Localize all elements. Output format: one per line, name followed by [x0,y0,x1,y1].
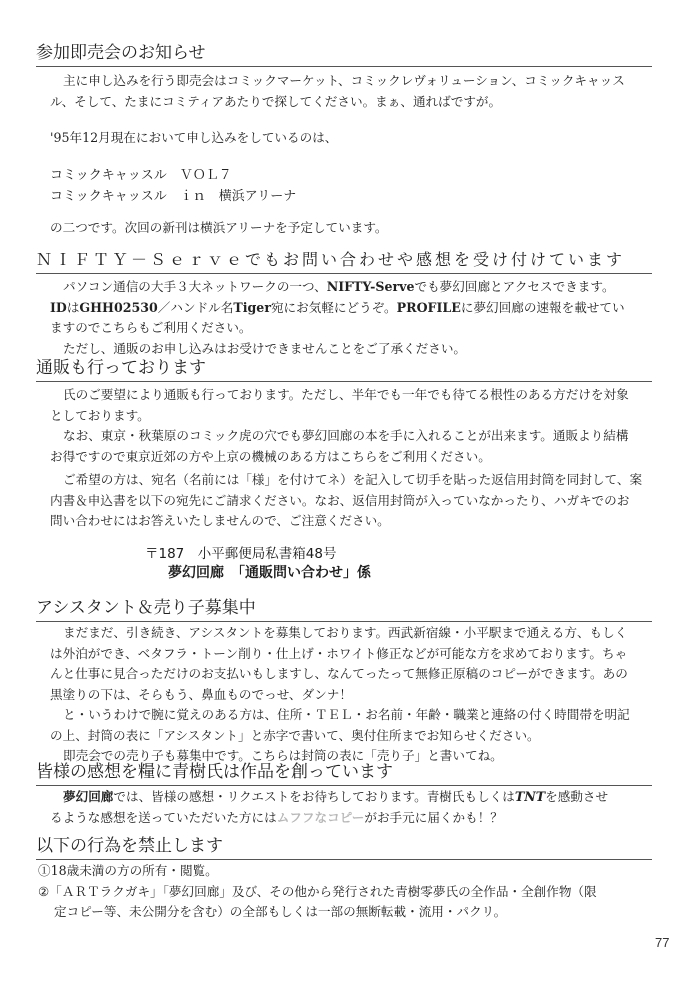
postal-address: 〒187 小平郵便局私書箱48号 [145,542,336,562]
text-line: なお、東京・秋葉原のコミック虎の穴でも夢幻回廊の本を手に入れることが出来ます。通… [50,426,660,447]
text-span: では、皆様の感想・リクエストをお待ちしております。青樹氏もしくは [113,789,515,804]
handle-name-value: Tiger [233,300,271,315]
heading-prohibited-acts: 以下の行為を禁止します [36,835,652,860]
text-line: パソコン通信の大手３大ネットワークの一つ、NIFTY-Serveでも夢幻回廊とア… [50,277,660,298]
profile-label: PROFILE [397,300,461,315]
text-line: の上、封筒の表に「アシスタント」と赤字で書いて、奥付住所までお知らせください。 [50,726,660,747]
text-line: は外泊ができ、ベタフラ・トーン削り・仕上げ・ホワイト修正などが可能な方を求めてお… [50,644,660,665]
event-list-item: コミックキャッスル ＶＯＬ７ [50,166,660,187]
text-line: '95年12月現在において申し込みをしているのは、 [50,128,660,149]
text-line: まだまだ、引き続き、アシスタントを募集しております。西武新宿線・小平駅まで通える… [50,623,660,644]
heading-assistant-recruiting: アシスタント＆売り子募集中 [36,597,652,622]
prohibited-item-continued: 定コピー等、未公開分を含む）の全部もしくは一部の無断転載・流用・パクリ。 [38,902,648,923]
text-span: に夢幻回廊の速報を載せてい [461,300,625,315]
document-page: 参加即売会のお知らせ 主に申し込みを行う即売会はコミックマーケット、コミックレヴ… [0,0,700,1000]
text-span: でも夢幻回廊とアクセスできます。 [414,279,614,294]
text-line: お得ですので東京近郊の方や上京の機械のある方はこちらをご利用ください。 [50,447,660,468]
heading-feedback: 皆様の感想を糧に青樹氏は作品を創っています [36,761,652,786]
text-line: 夢幻回廊では、皆様の感想・リクエストをお待ちしております。青樹氏もしくはTNTを… [50,787,660,808]
text-line: ル、そして、たまにコミティアあたりで探してください。まぁ、通ればですが。 [50,92,660,113]
text-span: ／ハンドル名 [158,300,234,315]
text-line: の二つです。次回の新刊は横浜アリーナを予定しています。 [50,218,660,239]
postal-recipient: 夢幻回廊 「通販問い合わせ」係 [168,562,371,582]
heading-mail-order: 通販も行っております [36,357,652,382]
heading-event-participation: 参加即売会のお知らせ [36,42,652,67]
mailorder-request-paragraph: ご希望の方は、宛名（名前には「様」を付けてネ）を記入して切手を貼った返信用封筒を… [50,470,660,532]
assistant-paragraph: まだまだ、引き続き、アシスタントを募集しております。西武新宿線・小平駅まで通える… [50,623,660,767]
text-span: るような感想を送っていただいた方には [50,810,277,825]
text-line: るような感想を送っていただいた方にはムフフなコピーがお手元に届くかも！？ [50,808,660,829]
nifty-id-value: GHH02530 [79,300,157,315]
tnt-label: TNT [515,789,545,804]
prohibited-item: ②「ＡＲＴラクガキ」「夢幻回廊」及び、その他から発行された青樹零夢氏の全作品・全… [38,882,648,903]
text-line: と・いうわけで腕に覚えのある方は、住所・ＴＥＬ・お名前・年齢・職業と連絡の付く時… [50,705,660,726]
nifty-serve-label: NIFTY-Serve [327,279,415,294]
event-paragraph: 主に申し込みを行う即売会はコミックマーケット、コミックレヴォリューション、コミッ… [50,71,660,112]
text-line: 内書＆申込書を以下の宛先にご請求ください。なお、返信用封筒が入っていなかったり、… [50,491,660,512]
text-span: 宛にお気軽にどうぞ。 [271,300,397,315]
id-label: ID [50,300,67,315]
text-line: 問い合わせにはお答えいたしませんので、ご注意ください。 [50,511,660,532]
text-line: 氏のご要望により通販も行っております。ただし、半年でも一年でも待てる根性のある方… [50,385,660,406]
text-span: を感動させ [545,789,608,804]
text-span: がお手元に届くかも！？ [364,810,503,825]
prohibited-list: ①18歳未満の方の所有・閲覧。 ②「ＡＲＴラクガキ」「夢幻回廊」及び、その他から… [38,861,648,923]
prohibited-item: ①18歳未満の方の所有・閲覧。 [38,861,648,882]
text-line: としております。 [50,406,660,427]
text-line: IDはGHH02530／ハンドル名Tiger宛にお気軽にどうぞ。PROFILEに… [50,298,660,319]
text-line: んと仕事に見合っただけのお支払いもしますし、なんてったって無修正原稿のコピーがで… [50,664,660,685]
text-line: ますのでこちらもご利用ください。 [50,318,660,339]
text-line: ただし、通販のお申し込みはお受けできませんことをご了承ください。 [50,339,660,360]
feedback-paragraph: 夢幻回廊では、皆様の感想・リクエストをお待ちしております。青樹氏もしくはTNTを… [50,787,660,828]
nifty-paragraph: パソコン通信の大手３大ネットワークの一つ、NIFTY-Serveでも夢幻回廊とア… [50,277,660,359]
text-span: パソコン通信の大手３大ネットワークの一つ、 [63,279,327,294]
mufufu-copy-highlight: ムフフなコピー [277,810,365,825]
text-span: は [67,300,80,315]
circle-name: 夢幻回廊 [63,789,113,804]
heading-nifty-serve: ＮＩＦＴＹ－Ｓｅｒｖｅでもお問い合わせや感想を受け付けています [36,249,652,274]
text-line: 黒塗りの下は、そらもう、鼻血ものでっせ、ダンナ！ [50,685,660,706]
text-line: 主に申し込みを行う即売会はコミックマーケット、コミックレヴォリューション、コミッ… [50,71,660,92]
page-number: 77 [655,935,669,950]
event-status-line: '95年12月現在において申し込みをしているのは、 [50,128,660,149]
event-closing-line: の二つです。次回の新刊は横浜アリーナを予定しています。 [50,218,660,239]
event-list-item: コミックキャッスル ｉｎ 横浜アリーナ [50,187,660,208]
mailorder-paragraph: 氏のご要望により通販も行っております。ただし、半年でも一年でも待てる根性のある方… [50,385,660,467]
text-line: ご希望の方は、宛名（名前には「様」を付けてネ）を記入して切手を貼った返信用封筒を… [50,470,660,491]
event-list: コミックキャッスル ＶＯＬ７ コミックキャッスル ｉｎ 横浜アリーナ [50,166,660,207]
